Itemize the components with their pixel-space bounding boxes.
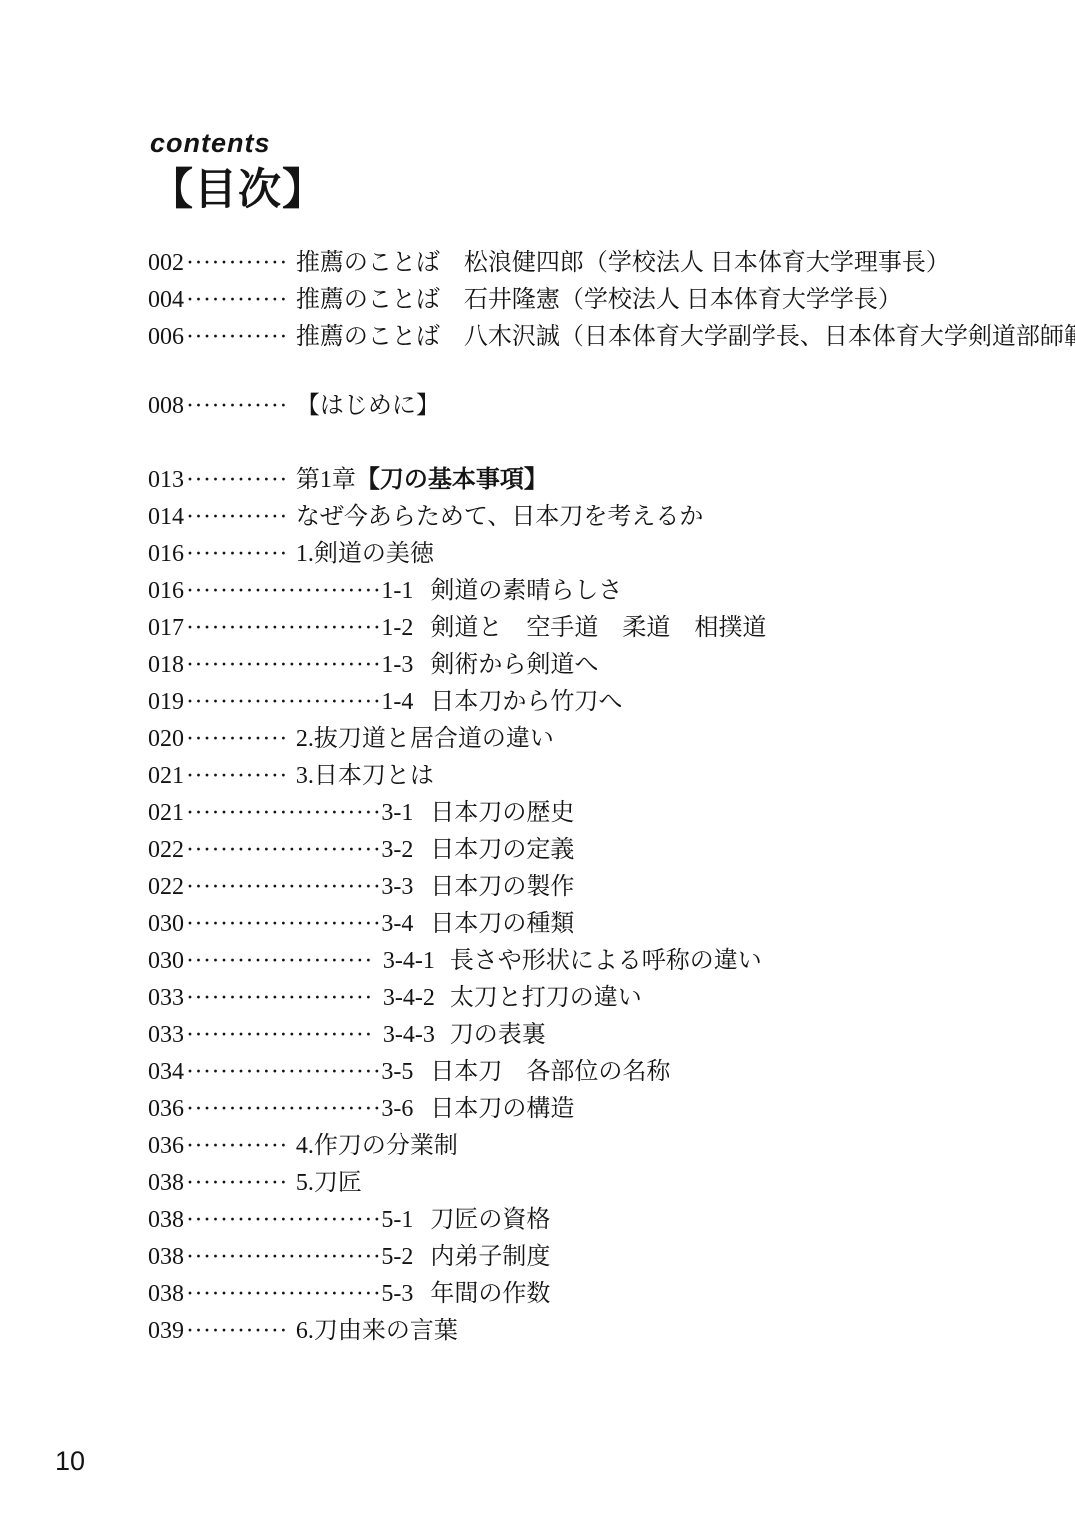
toc-item-title: 4.作刀の分業制: [296, 1134, 458, 1158]
toc-row: 038·······················5-3年間の作数: [148, 1275, 1075, 1312]
page-header: contents 【目次】: [150, 130, 326, 214]
toc-page-number: 030: [148, 949, 186, 973]
toc-row: 038············5.刀匠: [148, 1164, 1075, 1201]
toc-page-number: 036: [148, 1097, 186, 1121]
toc-item-number: 5-3: [381, 1282, 413, 1306]
toc-page-number: 004: [148, 288, 186, 312]
toc-page-number: 019: [148, 690, 186, 714]
toc-page-number: 022: [148, 875, 186, 899]
toc-item-number: 3-1: [381, 801, 413, 825]
leader-dots: ·······················: [186, 1097, 381, 1121]
toc-row: 036·······················3-6日本刀の構造: [148, 1090, 1075, 1127]
book-toc-page: contents 【目次】 002············推薦のことば 松浪健四…: [0, 0, 1075, 1518]
toc-item-number: 1-1: [381, 579, 413, 603]
toc-item-title: 推薦のことば 松浪健四郎（学校法人 日本体育大学理事長）: [296, 251, 950, 275]
toc-item-number: 3-4-1: [383, 949, 435, 973]
toc-item-number: 3-2: [381, 838, 413, 862]
toc-item-title: 日本刀の構造: [430, 1097, 574, 1121]
toc-item-title: 年間の作数: [430, 1282, 550, 1306]
toc-page-number: 038: [148, 1282, 186, 1306]
leader-dots: ·······················: [186, 801, 381, 825]
toc-item-number: 1-2: [381, 616, 413, 640]
toc-item-title: 日本刀の定義: [430, 838, 574, 862]
toc-page-number: 018: [148, 653, 186, 677]
toc-row: 016············1.剣道の美徳: [148, 535, 1075, 572]
leader-dots: ·······················: [186, 653, 381, 677]
toc-item-title: 内弟子制度: [430, 1245, 550, 1269]
leader-dots: ············: [186, 468, 288, 492]
toc-page-number: 013: [148, 468, 186, 492]
toc-item-title: 日本刀の歴史: [430, 801, 574, 825]
toc-page-number: 020: [148, 727, 186, 751]
toc-page-number: 002: [148, 251, 186, 275]
toc-item-title: 1.剣道の美徳: [296, 542, 434, 566]
toc-item-title: 太刀と打刀の違い: [450, 986, 642, 1010]
toc-item-title: 第1章【刀の基本事項】: [296, 468, 548, 492]
leader-dots: ······················: [186, 1023, 373, 1047]
leader-dots: ·······················: [186, 875, 381, 899]
toc-page-number: 036: [148, 1134, 186, 1158]
toc-item-title: 剣道の素晴らしさ: [430, 579, 622, 603]
leader-dots: ·······················: [186, 1245, 381, 1269]
leader-dots: ············: [186, 394, 288, 418]
leader-dots: ············: [186, 288, 288, 312]
toc-item-title: 5.刀匠: [296, 1171, 362, 1195]
toc-list: 002············推薦のことば 松浪健四郎（学校法人 日本体育大学理…: [148, 244, 1075, 1349]
toc-page-number: 038: [148, 1245, 186, 1269]
leader-dots: ············: [186, 325, 288, 349]
toc-row: 017·······················1-2剣道と 空手道 柔道 …: [148, 609, 1075, 646]
toc-item-title: 日本刀の製作: [430, 875, 574, 899]
toc-item-number: 3-4-3: [383, 1023, 435, 1047]
toc-item-title: 刀匠の資格: [430, 1208, 550, 1232]
leader-dots: ·······················: [186, 1060, 381, 1084]
toc-page-number: 008: [148, 394, 186, 418]
toc-page-number: 022: [148, 838, 186, 862]
toc-page-number: 034: [148, 1060, 186, 1084]
toc-page-number: 016: [148, 542, 186, 566]
toc-row: 004············推薦のことば 石井隆憲（学校法人 日本体育大学学長…: [148, 281, 1075, 318]
toc-row: 013············第1章【刀の基本事項】: [148, 461, 1075, 498]
toc-item-title: 2.抜刀道と居合道の違い: [296, 727, 554, 751]
toc-item-title: 剣道と 空手道 柔道 相撲道: [430, 616, 766, 640]
toc-page-number: 033: [148, 986, 186, 1010]
toc-page-number: 039: [148, 1319, 186, 1343]
toc-row: 033······················3-4-2太刀と打刀の違い: [148, 979, 1075, 1016]
toc-page-number: 017: [148, 616, 186, 640]
toc-item-title: 刀の表裏: [450, 1023, 546, 1047]
toc-row: 020············2.抜刀道と居合道の違い: [148, 720, 1075, 757]
leader-dots: ············: [186, 1171, 288, 1195]
folio-page-number: 10: [55, 1446, 85, 1477]
toc-row: 021············3.日本刀とは: [148, 757, 1075, 794]
toc-row: 036············4.作刀の分業制: [148, 1127, 1075, 1164]
toc-page-number: 014: [148, 505, 186, 529]
leader-dots: ············: [186, 251, 288, 275]
toc-row: 034·······················3-5日本刀 各部位の名称: [148, 1053, 1075, 1090]
toc-row: 018·······················1-3剣術から剣道へ: [148, 646, 1075, 683]
toc-page-number: 021: [148, 801, 186, 825]
toc-item-title: 3.日本刀とは: [296, 764, 434, 788]
leader-dots: ·······················: [186, 616, 381, 640]
leader-dots: ······················: [186, 986, 373, 1010]
leader-dots: ·······················: [186, 1208, 381, 1232]
toc-item-title: 日本刀 各部位の名称: [430, 1060, 670, 1084]
toc-section-gap: [148, 424, 1075, 461]
toc-row: 016·······················1-1剣道の素晴らしさ: [148, 572, 1075, 609]
leader-dots: ············: [186, 542, 288, 566]
leader-dots: ············: [186, 1319, 288, 1343]
toc-item-number: 3-5: [381, 1060, 413, 1084]
toc-row: 021·······················3-1日本刀の歴史: [148, 794, 1075, 831]
toc-row: 002············推薦のことば 松浪健四郎（学校法人 日本体育大学理…: [148, 244, 1075, 281]
toc-row: 033······················3-4-3刀の表裏: [148, 1016, 1075, 1053]
leader-dots: ············: [186, 505, 288, 529]
toc-item-number: 3-3: [381, 875, 413, 899]
toc-row: 014············なぜ今あらためて、日本刀を考えるか: [148, 498, 1075, 535]
toc-item-number: 1-3: [381, 653, 413, 677]
toc-item-title: 剣術から剣道へ: [430, 653, 598, 677]
toc-item-title-bold: 【刀の基本事項】: [356, 466, 548, 493]
toc-item-title: なぜ今あらためて、日本刀を考えるか: [296, 505, 704, 529]
toc-row: 038·······················5-2内弟子制度: [148, 1238, 1075, 1275]
toc-item-number: 5-2: [381, 1245, 413, 1269]
toc-page-number: 038: [148, 1171, 186, 1195]
toc-item-number: 1-4: [381, 690, 413, 714]
leader-dots: ·······················: [186, 1282, 381, 1306]
toc-row: 006············推薦のことば 八木沢誠（日本体育大学副学長、日本体…: [148, 318, 1075, 355]
leader-dots: ············: [186, 1134, 288, 1158]
toc-row: 022·······················3-3日本刀の製作: [148, 868, 1075, 905]
toc-item-title: 6.刀由来の言葉: [296, 1319, 458, 1343]
leader-dots: ······················: [186, 949, 373, 973]
toc-item-title: 推薦のことば 八木沢誠（日本体育大学副学長、日本体育大学剣道部師範）: [296, 325, 1075, 349]
toc-item-title: 推薦のことば 石井隆憲（学校法人 日本体育大学学長）: [296, 288, 902, 312]
toc-row: 019·······················1-4日本刀から竹刀へ: [148, 683, 1075, 720]
toc-row: 030······················3-4-1長さや形状による呼称…: [148, 942, 1075, 979]
leader-dots: ·······················: [186, 690, 381, 714]
toc-row: 008············【はじめに】: [148, 387, 1075, 424]
toc-item-title: 長さや形状による呼称の違い: [450, 949, 762, 973]
toc-page-number: 006: [148, 325, 186, 349]
toc-page-number: 038: [148, 1208, 186, 1232]
page-title: 【目次】: [150, 167, 326, 214]
toc-section-gap: [148, 355, 1075, 387]
toc-page-number: 030: [148, 912, 186, 936]
contents-eyebrow: contents: [150, 130, 326, 157]
toc-row: 030·······················3-4日本刀の種類: [148, 905, 1075, 942]
toc-page-number: 016: [148, 579, 186, 603]
toc-item-number: 5-1: [381, 1208, 413, 1232]
toc-row: 039············6.刀由来の言葉: [148, 1312, 1075, 1349]
toc-item-number: 3-4: [381, 912, 413, 936]
toc-row: 038·······················5-1刀匠の資格: [148, 1201, 1075, 1238]
leader-dots: ·······················: [186, 579, 381, 603]
toc-item-number: 3-6: [381, 1097, 413, 1121]
leader-dots: ·······················: [186, 838, 381, 862]
toc-item-title: 【はじめに】: [296, 394, 440, 418]
leader-dots: ·······················: [186, 912, 381, 936]
toc-page-number: 033: [148, 1023, 186, 1047]
toc-page-number: 021: [148, 764, 186, 788]
toc-row: 022·······················3-2日本刀の定義: [148, 831, 1075, 868]
leader-dots: ············: [186, 764, 288, 788]
toc-item-title: 日本刀の種類: [430, 912, 574, 936]
toc-item-number: 3-4-2: [383, 986, 435, 1010]
toc-item-title: 日本刀から竹刀へ: [430, 690, 622, 714]
leader-dots: ············: [186, 727, 288, 751]
